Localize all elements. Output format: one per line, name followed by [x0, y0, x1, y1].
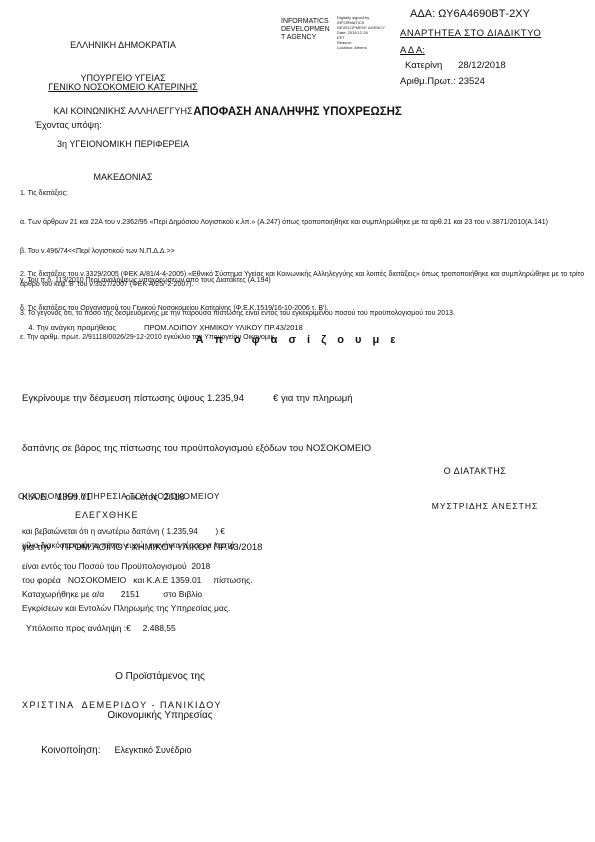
finance-head-title-line: Οικονομικής Υπηρεσίας: [75, 709, 245, 722]
ordering-officer-title: Ο ΔΙΑΤΑΚΤΗΣ: [400, 466, 550, 476]
checked-label: ΕΛΕΓΧΘΗΚΕ: [75, 510, 138, 520]
having-regard-label: Έχοντας υπόψη:: [35, 120, 102, 130]
notification-label: Κοινοποίηση:: [41, 745, 100, 756]
decision-heading: Α π ο φ α σ ί ζ ο υ μ ε: [0, 334, 595, 346]
digital-signature-stamp-agency: INFORMATICS DEVELOPMEN T AGENCY: [281, 18, 339, 42]
registration-number-line: Καταχωρήθηκε με α/α 2151 στο Βιβλίο: [22, 589, 202, 599]
legal-paragraph: 2. Τις διατάξεις του ν.3329/2005 (ΦΕΚ Α/…: [20, 270, 590, 289]
within-budget-line: είναι εντός του Ποσού του Προϋπολογισμού…: [22, 561, 210, 571]
ada-label: Α Δ Α:: [400, 45, 425, 56]
place-and-date: Κατερίνη 28/12/2018: [405, 60, 506, 71]
consideration-item: 1. Τις διατάξεις:: [20, 189, 586, 199]
document-title: ΑΠΟΦΑΣΗ ΑΝΑΛΗΨΗΣ ΥΠΟΧΡΕΩΣΗΣ: [0, 106, 595, 118]
hospital-name: ΓΕΝΙΚΟ ΝΟΣΟΚΟΜΕΙΟ ΚΑΤΕΡΙΝΗΣ: [18, 82, 228, 92]
decision-document-page: ΕΛΛΗΝΙΚΗ ΔΗΜΟΚΡΑΤΙΑ ΥΠΟΥΡΓΕΙΟ ΥΓΕΙΑΣ ΚΑΙ…: [0, 0, 595, 842]
notification-value: Ελεγκτικό Συνέδριο: [115, 745, 192, 755]
ada-code: ΑΔΑ: ΩΥ6Α4690ΒΤ-2ΧΥ: [350, 8, 590, 20]
digital-signature-stamp-details: Digitally signed by INFORMATICS DEVELOPM…: [337, 15, 397, 50]
protocol-number: Αριθμ.Πρωτ.: 23524: [400, 76, 485, 87]
ordering-officer-name: ΜΥΣΤΡΙΔΗΣ ΑΝΕΣΤΗΣ: [400, 501, 570, 511]
header-line: ΕΛΛΗΝΙΚΗ ΔΗΜΟΚΡΑΤΙΑ: [18, 40, 228, 51]
procurement-need-label: 4. Την ανάγκη προμήθειας: [28, 323, 116, 332]
verification-amount-line: και βεβαιώνεται ότι η ανωτέρω δαπάνη ( 1…: [22, 527, 225, 536]
remaining-balance-line: Υπόλοιπο προς ανάληψη :€ 2.488,55: [26, 623, 176, 633]
approval-line: δαπάνης σε βάρος της πίστωσης του προϋπο…: [22, 441, 502, 458]
finance-head-title: Ο Προϊστάμενος της Οικονομικής Υπηρεσίας: [75, 644, 245, 748]
header-line: 3η ΥΓΕΙΟΝΟΜΙΚΗ ΠΕΡΙΦΕΡΕΙΑ: [18, 139, 228, 150]
registry-book-line: Εγκρίσεων και Εντολών Πληρωμής της Υπηρε…: [22, 603, 230, 613]
procurement-need-value: ΠΡΟΜ.ΛΟΙΠΟΥ ΧΗΜΙΚΟΥ ΥΛΙΚΟΥ ΠΡ.43/2018: [144, 323, 303, 332]
approval-line: Εγκρίνουμε την δέσμευση πίστωσης ύψους 1…: [22, 391, 502, 408]
finance-head-title-line: Ο Προϊστάμενος της: [75, 670, 245, 683]
internet-posting-label: ΑΝΑΡΤΗΤΕΑ ΣΤΟ ΔΙΑΔΙΚΤΥΟ: [400, 28, 541, 39]
notification-line: Κοινοποίηση:Ελεγκτικό Συνέδριο: [30, 734, 192, 767]
consideration-item: α. Των άρθρων 21 και 22Α του ν.2362/95 «…: [20, 218, 586, 228]
entity-kae-line: του φορέα ΝΟΣΟΚΟΜΕΙΟ και Κ.Α.Ε 1359.01 π…: [22, 575, 253, 585]
finance-department-label: ΟΙΚΟΝΟΜΙΚΗ ΥΠΗΡΕΣΙΑ ΤΟΥ ΝΟΣΟΚΟΜΕΙΟΥ: [18, 491, 220, 501]
finance-head-name: ΧΡΙΣΤΙΝΑ ΔΕΜΕΡΙΔΟΥ - ΠΑΝΙΚΙΔΟΥ: [22, 700, 222, 710]
verification-amount-words: χίλια διακόσια τριάντα πέντε ευρώ ενενήν…: [22, 541, 235, 550]
